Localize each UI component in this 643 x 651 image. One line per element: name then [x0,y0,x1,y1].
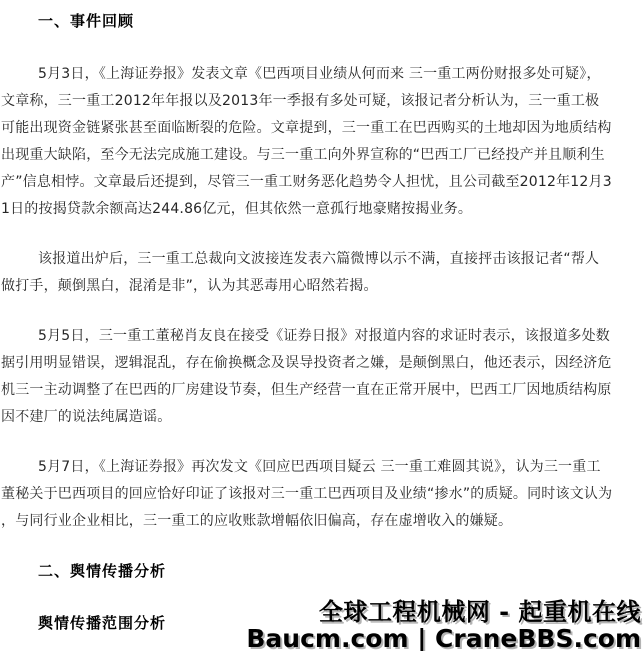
watermark-domains: Baucm.com | CraneBBS.com [246,627,641,651]
section-heading-event-review: 一、事件回顾 [1,8,613,35]
event-review-paragraph-3: 5月5日，三一重工董秘肖友良在接受《证券日报》对报道内容的求证时表示，该报道多处… [1,323,613,431]
watermark-site-name: 全球工程机械网 - 起重机在线 [246,597,641,627]
watermark: 全球工程机械网 - 起重机在线 Baucm.com | CraneBBS.com [246,597,641,651]
section-heading-sentiment-spread-analysis: 二、舆情传播分析 [1,558,613,585]
event-review-paragraph-4: 5月7日，《上海证券报》再次发文《回应巴西项目疑云 三一重工难圆其说》，认为三一… [1,454,613,535]
event-review-paragraph-1: 5月3日，《上海证券报》发表文章《巴西项目业绩从何而来 三一重工两份财报多处可疑… [1,61,613,223]
document-page: 一、事件回顾 5月3日，《上海证券报》发表文章《巴西项目业绩从何而来 三一重工两… [0,0,643,651]
document-content: 一、事件回顾 5月3日，《上海证券报》发表文章《巴西项目业绩从何而来 三一重工两… [0,0,643,637]
event-review-paragraph-2: 该报道出炉后，三一重工总裁向文波接连发表六篇微博以示不满，直接抨击该报记者“帮人… [1,246,613,300]
